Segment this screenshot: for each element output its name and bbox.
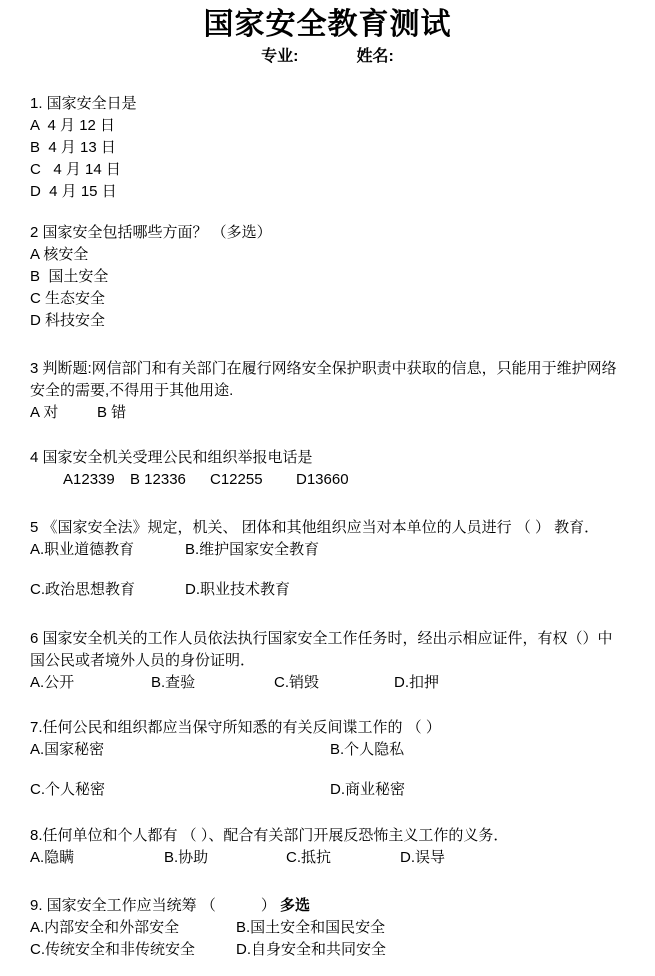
test-paper-page: 国家安全教育测试 专业: 姓名: 1. 国家安全日是 A 4 月 12 日 B … bbox=[0, 0, 655, 976]
question-8-option-b: B.协助 bbox=[164, 847, 286, 869]
question-6-text-line2: 国公民或者境外人员的身份证明． bbox=[30, 650, 625, 672]
question-8-text: 8.任何单位和个人都有 （ ）、配合有关部门开展反恐怖主义工作的义务． bbox=[30, 825, 625, 847]
question-5-option-a: A.职业道德教育 bbox=[30, 539, 185, 561]
question-5-option-d: D.职业技术教育 bbox=[185, 579, 290, 601]
question-8-option-a: A.隐瞒 bbox=[30, 847, 164, 869]
question-1-option-a: A 4 月 12 日 bbox=[30, 115, 625, 137]
question-2-option-d: D 科技安全 bbox=[30, 310, 625, 332]
question-2-text: 2 国家安全包括哪些方面？ （多选） bbox=[30, 222, 625, 244]
question-5-options-row-2: C.政治思想教育D.职业技术教育 bbox=[30, 579, 625, 601]
question-1-option-b: B 4 月 13 日 bbox=[30, 137, 625, 159]
question-3-option-a: A 对 bbox=[30, 402, 97, 424]
question-5: 5 《国家安全法》规定，机关、 团体和其他组织应当对本单位的人员进行 （ ） 教… bbox=[30, 517, 625, 601]
question-6-option-d: D.扣押 bbox=[394, 672, 439, 694]
page-title: 国家安全教育测试 bbox=[30, 6, 625, 44]
question-1-option-c: C 4 月 14 日 bbox=[30, 159, 625, 181]
name-label: 姓名: bbox=[357, 47, 394, 67]
question-5-options-row-1: A.职业道德教育B.维护国家安全教育 bbox=[30, 539, 625, 561]
question-9-text: 9. 国家安全工作应当统筹 （ ） bbox=[30, 897, 280, 914]
question-8-options-row: A.隐瞒B.协助C.抵抗D.误导 bbox=[30, 847, 625, 869]
question-4-option-a: A12339 bbox=[63, 469, 130, 491]
question-9-multi-select-tag: 多选 bbox=[280, 897, 310, 914]
question-3-option-b: B 错 bbox=[97, 402, 126, 424]
question-9-options-row-1: A.内部安全和外部安全B.国土安全和国民安全 bbox=[30, 917, 625, 939]
question-5-option-c: C.政治思想教育 bbox=[30, 579, 185, 601]
question-6: 6 国家安全机关的工作人员依法执行国家安全工作任务时，经出示相应证件，有权（）中… bbox=[30, 628, 625, 694]
question-5-text: 5 《国家安全法》规定，机关、 团体和其他组织应当对本单位的人员进行 （ ） 教… bbox=[30, 517, 625, 539]
question-4-options-row: A12339B 12336C12255D13660 bbox=[30, 469, 625, 491]
question-4-option-b: B 12336 bbox=[130, 469, 210, 491]
question-4-text: 4 国家安全机关受理公民和组织举报电话是 bbox=[30, 447, 625, 469]
question-7-text: 7.任何公民和组织都应当保守所知悉的有关反间谍工作的 （ ） bbox=[30, 717, 625, 739]
question-6-option-a: A.公开 bbox=[30, 672, 151, 694]
question-2: 2 国家安全包括哪些方面？ （多选） A 核安全 B 国土安全 C 生态安全 D… bbox=[30, 222, 625, 332]
question-2-option-b: B 国土安全 bbox=[30, 266, 625, 288]
question-7-option-a: A.国家秘密 bbox=[30, 739, 330, 761]
question-9-option-d: D.自身安全和共同安全 bbox=[236, 939, 386, 961]
question-4-option-d: D13660 bbox=[296, 469, 349, 491]
question-1: 1. 国家安全日是 A 4 月 12 日 B 4 月 13 日 C 4 月 14… bbox=[30, 93, 625, 203]
question-3: 3 判断题:网信部门和有关部门在履行网络安全保护职责中获取的信息，只能用于维护网… bbox=[30, 358, 625, 424]
question-7: 7.任何公民和组织都应当保守所知悉的有关反间谍工作的 （ ） A.国家秘密B.个… bbox=[30, 717, 625, 801]
question-2-option-c: C 生态安全 bbox=[30, 288, 625, 310]
question-9-options-row-2: C.传统安全和非传统安全D.自身安全和共同安全 bbox=[30, 939, 625, 961]
question-9-option-c: C.传统安全和非传统安全 bbox=[30, 939, 236, 961]
question-6-options-row: A.公开B.查验C.销毁D.扣押 bbox=[30, 672, 625, 694]
question-8: 8.任何单位和个人都有 （ ）、配合有关部门开展反恐怖主义工作的义务． A.隐瞒… bbox=[30, 825, 625, 869]
question-1-text: 1. 国家安全日是 bbox=[30, 93, 625, 115]
question-4-option-c: C12255 bbox=[210, 469, 296, 491]
question-7-option-c: C.个人秘密 bbox=[30, 779, 330, 801]
question-9: 9. 国家安全工作应当统筹 （ ） 多选 A.内部安全和外部安全B.国土安全和国… bbox=[30, 895, 625, 961]
question-4: 4 国家安全机关受理公民和组织举报电话是 A12339B 12336C12255… bbox=[30, 447, 625, 491]
question-5-option-b: B.维护国家安全教育 bbox=[185, 539, 319, 561]
question-3-text-line1: 3 判断题:网信部门和有关部门在履行网络安全保护职责中获取的信息，只能用于维护网… bbox=[30, 358, 625, 380]
question-8-option-c: C.抵抗 bbox=[286, 847, 400, 869]
question-7-option-d: D.商业秘密 bbox=[330, 779, 405, 801]
question-7-options-row-1: A.国家秘密B.个人隐私 bbox=[30, 739, 625, 761]
question-9-option-b: B.国土安全和国民安全 bbox=[236, 917, 385, 939]
question-8-option-d: D.误导 bbox=[400, 847, 445, 869]
major-label: 专业: bbox=[261, 47, 298, 67]
question-3-options-row: A 对B 错 bbox=[30, 402, 625, 424]
question-6-option-c: C.销毁 bbox=[274, 672, 394, 694]
question-6-option-b: B.查验 bbox=[151, 672, 274, 694]
question-6-text-line1: 6 国家安全机关的工作人员依法执行国家安全工作任务时，经出示相应证件，有权（）中 bbox=[30, 628, 625, 650]
header-fields: 专业: 姓名: bbox=[30, 47, 625, 67]
question-9-text-row: 9. 国家安全工作应当统筹 （ ） 多选 bbox=[30, 895, 625, 917]
question-9-option-a: A.内部安全和外部安全 bbox=[30, 917, 236, 939]
question-7-options-row-2: C.个人秘密D.商业秘密 bbox=[30, 779, 625, 801]
question-7-option-b: B.个人隐私 bbox=[330, 739, 404, 761]
question-2-option-a: A 核安全 bbox=[30, 244, 625, 266]
question-1-option-d: D 4 月 15 日 bbox=[30, 181, 625, 203]
question-3-text-line2: 安全的需要,不得用于其他用途. bbox=[30, 380, 625, 402]
